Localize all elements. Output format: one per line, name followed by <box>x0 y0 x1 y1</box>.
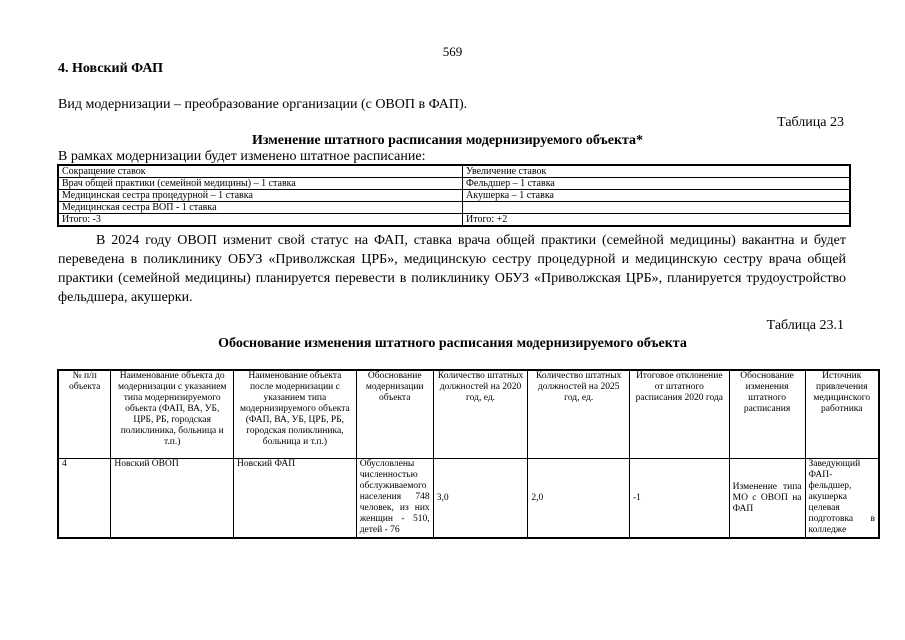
table-cell: 2,0 <box>528 459 630 539</box>
table-row: 4Новский ОВОПНовский ФАПОбусловлены числ… <box>58 459 879 539</box>
table-row: Медицинская сестра ВОП - 1 ставка <box>58 202 850 214</box>
table-cell: Новский ФАП <box>234 459 357 539</box>
column-header: Обоснование модернизации объекта <box>356 370 433 459</box>
table-row: Врач общей практики (семейной медицины) … <box>58 178 850 190</box>
increase-cell <box>463 202 851 214</box>
column-header: Количество штатных должностей на 2020 го… <box>433 370 528 459</box>
increase-cell: Акушерка – 1 ставка <box>463 190 851 202</box>
reduction-cell: Итого: -3 <box>58 214 463 227</box>
table-23-1-title: Обоснование изменения штатного расписани… <box>0 336 905 352</box>
column-header: Источник привлечения медицинского работн… <box>805 370 879 459</box>
table-23-title: Изменение штатного расписания модернизир… <box>0 133 900 149</box>
increase-cell: Итого: +2 <box>463 214 851 227</box>
table-cell: 4 <box>58 459 111 539</box>
page-number: 569 <box>0 44 905 60</box>
column-header: Обоснование изменения штатного расписани… <box>729 370 805 459</box>
table-cell: Изменение типа МО с ОВОП на ФАП <box>729 459 805 539</box>
reduction-cell: Медицинская сестра ВОП - 1 ставка <box>58 202 463 214</box>
reduction-cell: Врач общей практики (семейной медицины) … <box>58 178 463 190</box>
staffing-justification-table: № п/п объектаНаименование объекта до мод… <box>57 369 880 539</box>
table-23-label: Таблица 23 <box>777 115 844 131</box>
reduction-cell: Сокращение ставок <box>58 165 463 178</box>
table-cell: Заведующий ФАП-фельдшер, акушерка целева… <box>805 459 879 539</box>
table-row: Итого: -3Итого: +2 <box>58 214 850 227</box>
column-header: Количество штатных должностей на 2025 го… <box>528 370 630 459</box>
column-header: № п/п объекта <box>58 370 111 459</box>
modernization-type: Вид модернизации – преобразование органи… <box>58 97 467 113</box>
table-cell: Обусловлены численностью обслуживаемого … <box>356 459 433 539</box>
increase-cell: Фельдшер – 1 ставка <box>463 178 851 190</box>
table-cell: -1 <box>630 459 730 539</box>
increase-cell: Увеличение ставок <box>463 165 851 178</box>
section-heading: 4. Новский ФАП <box>58 61 163 77</box>
table-cell: 3,0 <box>433 459 528 539</box>
reduction-cell: Медицинская сестра процедурной – 1 ставк… <box>58 190 463 202</box>
column-header: Наименование объекта до модернизации с у… <box>111 370 234 459</box>
table-23-intro: В рамках модернизации будет изменено шта… <box>58 149 426 165</box>
table-row: Медицинская сестра процедурной – 1 ставк… <box>58 190 850 202</box>
table-23-1-label: Таблица 23.1 <box>767 318 844 334</box>
table-row: Сокращение ставокУвеличение ставок <box>58 165 850 178</box>
staffing-change-table: Сокращение ставокУвеличение ставокВрач о… <box>57 164 851 227</box>
explanation-paragraph: В 2024 году ОВОП изменит свой статус на … <box>58 231 846 307</box>
column-header: Наименование объекта после модернизации … <box>234 370 357 459</box>
table-cell: Новский ОВОП <box>111 459 234 539</box>
column-header: Итоговое отклонение от штатного расписан… <box>630 370 730 459</box>
explanation-text: В 2024 году ОВОП изменит свой статус на … <box>58 233 846 305</box>
